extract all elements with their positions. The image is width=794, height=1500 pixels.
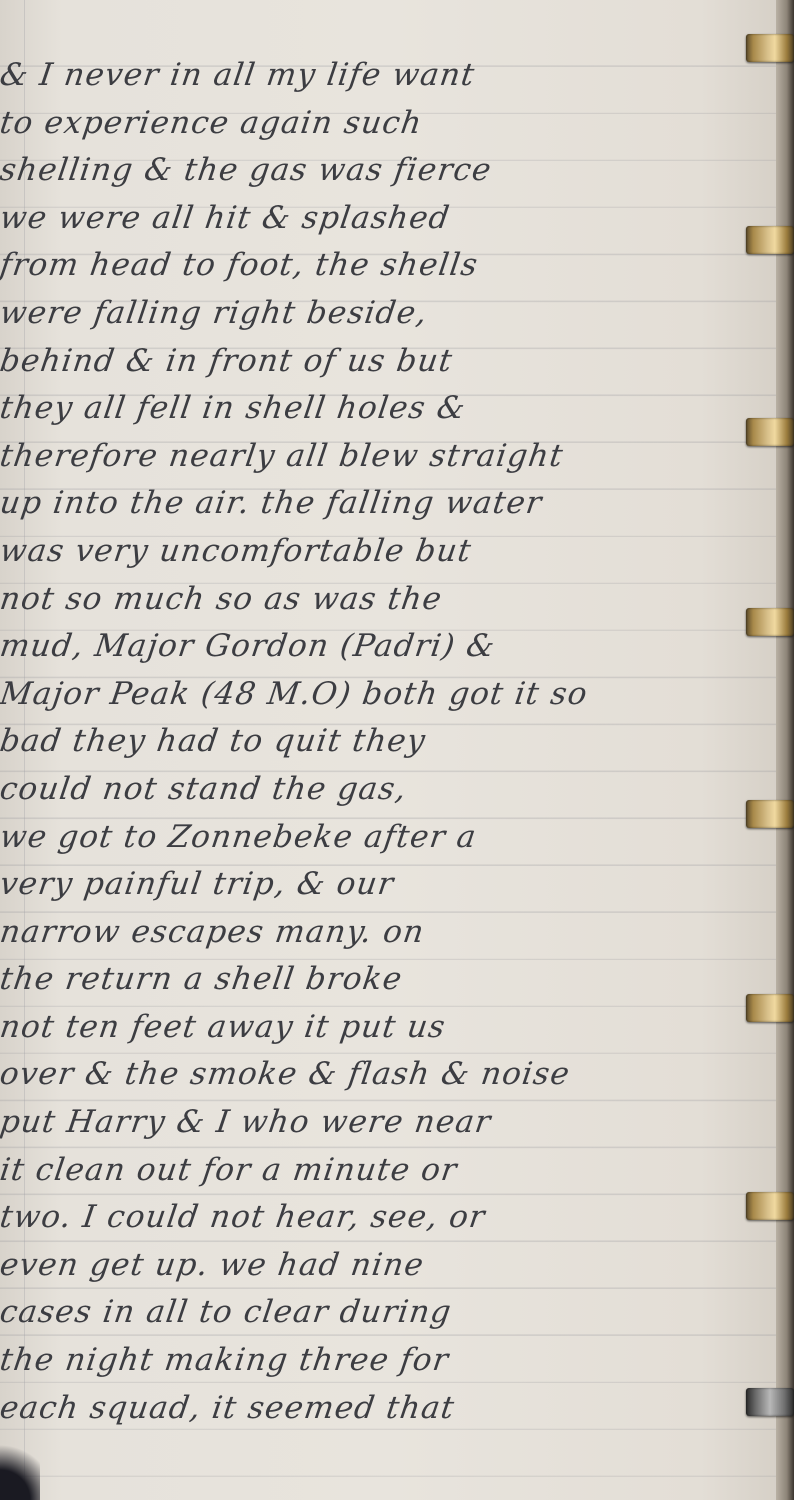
text-line: cases in all to clear during [0, 1289, 763, 1337]
page-edge [776, 0, 794, 1500]
spiral-ring-icon [746, 226, 794, 254]
text-line: to experience again such [0, 100, 763, 148]
text-line: not ten feet away it put us [0, 1004, 763, 1052]
text-line: it clean out for a minute or [0, 1147, 763, 1195]
spiral-ring-icon [746, 608, 794, 636]
text-line: behind & in front of us but [0, 338, 763, 386]
text-line: could not stand the gas, [0, 766, 763, 814]
text-line: the night making three for [0, 1337, 763, 1385]
text-line: very painful trip, & our [0, 861, 763, 909]
spiral-ring-icon [746, 418, 794, 446]
text-line: therefore nearly all blew straight [0, 433, 763, 481]
notebook-page: & I never in all my life want to experie… [0, 0, 778, 1500]
text-line: the return a shell broke [0, 956, 763, 1004]
text-line: & I never in all my life want [0, 52, 763, 100]
spiral-ring-icon [746, 1192, 794, 1220]
text-line: bad they had to quit they [0, 718, 763, 766]
text-line: over & the smoke & flash & noise [0, 1051, 763, 1099]
text-line: we were all hit & splashed [0, 195, 763, 243]
text-line: up into the air. the falling water [0, 480, 763, 528]
text-line: Major Peak (48 M.O) both got it so [0, 671, 763, 719]
text-line: from head to foot, the shells [0, 242, 763, 290]
handwritten-text: & I never in all my life want to experie… [0, 52, 760, 1432]
text-line: narrow escapes many. on [0, 909, 763, 957]
text-line: we got to Zonnebeke after a [0, 814, 763, 862]
text-line: two. I could not hear, see, or [0, 1194, 763, 1242]
spiral-ring-icon [746, 34, 794, 62]
corner-shadow [0, 1440, 40, 1500]
text-line: shelling & the gas was fierce [0, 147, 763, 195]
text-line: not so much so as was the [0, 576, 763, 624]
text-line: was very uncomfortable but [0, 528, 763, 576]
spiral-ring-icon [746, 800, 794, 828]
text-line: they all fell in shell holes & [0, 385, 763, 433]
text-line: mud, Major Gordon (Padri) & [0, 623, 763, 671]
text-line: put Harry & I who were near [0, 1099, 763, 1147]
spiral-ring-icon [746, 994, 794, 1022]
text-line: even get up. we had nine [0, 1242, 763, 1290]
text-line: were falling right beside, [0, 290, 763, 338]
spiral-ring-icon [746, 1388, 794, 1416]
text-line: each squad, it seemed that [0, 1385, 763, 1433]
